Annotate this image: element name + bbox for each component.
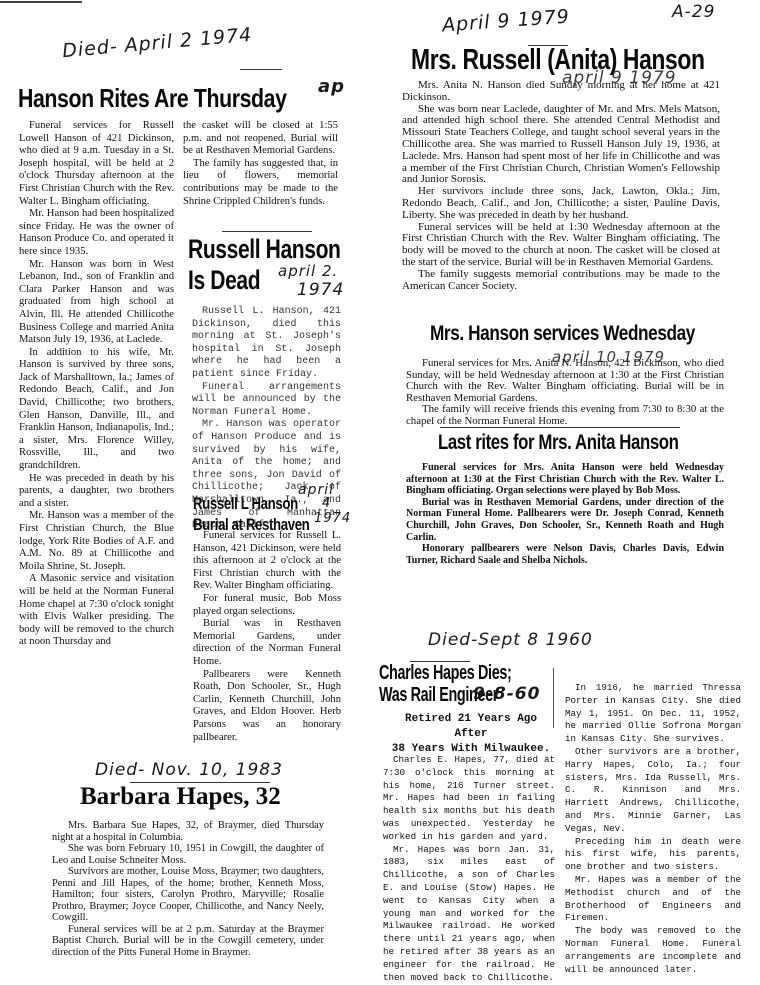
article-body: Funeral services for Mrs. Anita N. Hanso… [406, 358, 724, 427]
headline: Barbara Hapes, 32 [80, 783, 281, 811]
paragraph: A Masonic service and visitation will be… [19, 573, 174, 649]
paragraph: The family suggests memorial contributio… [402, 269, 720, 293]
headline: Russell L Hanson Burial at Resthaven [193, 493, 309, 535]
paragraph: Mrs. Anita N. Hanson died Sunday morning… [402, 80, 720, 104]
paragraph: She was born near Laclede, daughter of M… [402, 104, 720, 187]
paragraph: Funeral services for Russell Lowell Hans… [19, 120, 174, 208]
paragraph: The family has suggested that, in lieu o… [183, 158, 338, 208]
article-column-1: Charles E. Hapes, 77, died at 7:30 o'clo… [383, 754, 555, 984]
headline: Hanson Rites Are Thursday [18, 83, 287, 114]
corner-note: A-29 [672, 2, 715, 22]
handwritten-date: April 9 1979 [441, 6, 570, 37]
paragraph: The family will receive friends this eve… [406, 404, 724, 427]
article-column-1: Funeral services for Russell Lowell Hans… [19, 120, 174, 649]
divider [440, 427, 680, 428]
paragraph: Funeral arrangements will be announced b… [192, 382, 341, 420]
handwritten-initials: ap [318, 76, 345, 97]
paragraph: Mrs. Barbara Sue Hapes, 32, of Braymer, … [52, 820, 324, 843]
handwritten-date: Died- Nov. 10, 1983 [95, 760, 283, 780]
paragraph: Burial was in Resthaven Memorial Gardens… [406, 497, 724, 543]
paragraph: Russell L. Hanson, 421 Dickinson, died t… [192, 306, 341, 382]
paragraph: the casket will be closed at 1:55 p.m. a… [183, 120, 338, 158]
headline: Last rites for Mrs. Anita Hanson [438, 431, 679, 455]
paragraph: Other survivors are a brother, Harry Hap… [565, 746, 741, 836]
paragraph: Funeral services for Mrs. Anita N. Hanso… [406, 358, 724, 404]
paragraph: Pallbearers were Kenneth Roath, Don Scho… [193, 669, 341, 745]
paragraph: Mr. Hanson was born in West Lebanon, Ind… [19, 259, 174, 347]
clipping-edge-rule [0, 1, 82, 3]
handwritten-date: april 2. [278, 262, 338, 280]
paragraph: Burial was in Resthaven Memorial Gardens… [193, 618, 341, 668]
article-body: Mrs. Anita N. Hanson died Sunday morning… [402, 80, 720, 292]
headline: Mrs. Hanson services Wednesday [430, 322, 695, 346]
paragraph: The body was removed to the Norman Funer… [565, 925, 741, 976]
article-body: Mrs. Barbara Sue Hapes, 32, of Braymer, … [52, 820, 324, 958]
paragraph: Funeral services will be held at 1:30 We… [402, 222, 720, 269]
paragraph: Charles E. Hapes, 77, died at 7:30 o'clo… [383, 754, 555, 844]
paragraph: In addition to his wife, Mr. Hanson is s… [19, 347, 174, 473]
handwritten-date: Died-Sept 8 1960 [428, 630, 593, 650]
handwritten-overlay: 9-8-60 [473, 684, 540, 704]
handwritten-year: 1974 [314, 511, 351, 526]
handwritten-day: 4 [322, 496, 331, 511]
divider [222, 231, 312, 232]
handwritten-year: 1974 [297, 280, 344, 300]
article-body: Funeral services for Mrs. Anita Hanson w… [406, 462, 724, 566]
paragraph: Preceding him in death were his first wi… [565, 836, 741, 874]
paragraph: Mr. Hanson had been hospitalized since F… [19, 208, 174, 258]
paragraph: He was preceded in death by his parents,… [19, 473, 174, 511]
paragraph: Funeral services will be at 2 p.m. Satur… [52, 924, 324, 959]
article-body: Funeral services for Russell L. Hanson, … [193, 530, 341, 744]
paragraph: Mr. Hapes was a member of the Methodist … [565, 874, 741, 925]
paragraph: In 1916, he married Thressa Porter in Ka… [565, 682, 741, 746]
paragraph: For funeral music, Bob Moss played organ… [193, 593, 341, 618]
paragraph: Funeral services for Russell L. Hanson, … [193, 530, 341, 593]
headline-line-1: Russell Hanson [188, 234, 341, 265]
headline-line-1: Russell L Hanson [193, 493, 309, 514]
paragraph: Honorary pallbearers were Nelson Davis, … [406, 543, 724, 566]
paragraph: She was born February 10, 1951 in Cowgil… [52, 843, 324, 866]
subheadline-line-1: Retired 21 Years Ago After [386, 712, 556, 742]
paragraph: Funeral services for Mrs. Anita Hanson w… [406, 462, 724, 497]
paragraph: Survivors are mother, Louise Moss, Braym… [52, 866, 324, 924]
paragraph: Mr. Hapes was born Jan. 31, 1883, six mi… [383, 844, 555, 985]
paragraph: Her survivors include three sons, Jack, … [402, 186, 720, 221]
handwritten-date: Died- April 2 1974 [61, 24, 253, 63]
paragraph: Mr. Hanson was a member of the First Chr… [19, 510, 174, 573]
article-column-2: In 1916, he married Thressa Porter in Ka… [565, 682, 741, 976]
subheadline: Retired 21 Years Ago After 38 Years With… [386, 712, 556, 757]
headline-line-1: Charles Hapes Dies; [379, 662, 511, 684]
divider [240, 69, 282, 70]
article-column-2: the casket will be closed at 1:55 p.m. a… [183, 120, 338, 208]
